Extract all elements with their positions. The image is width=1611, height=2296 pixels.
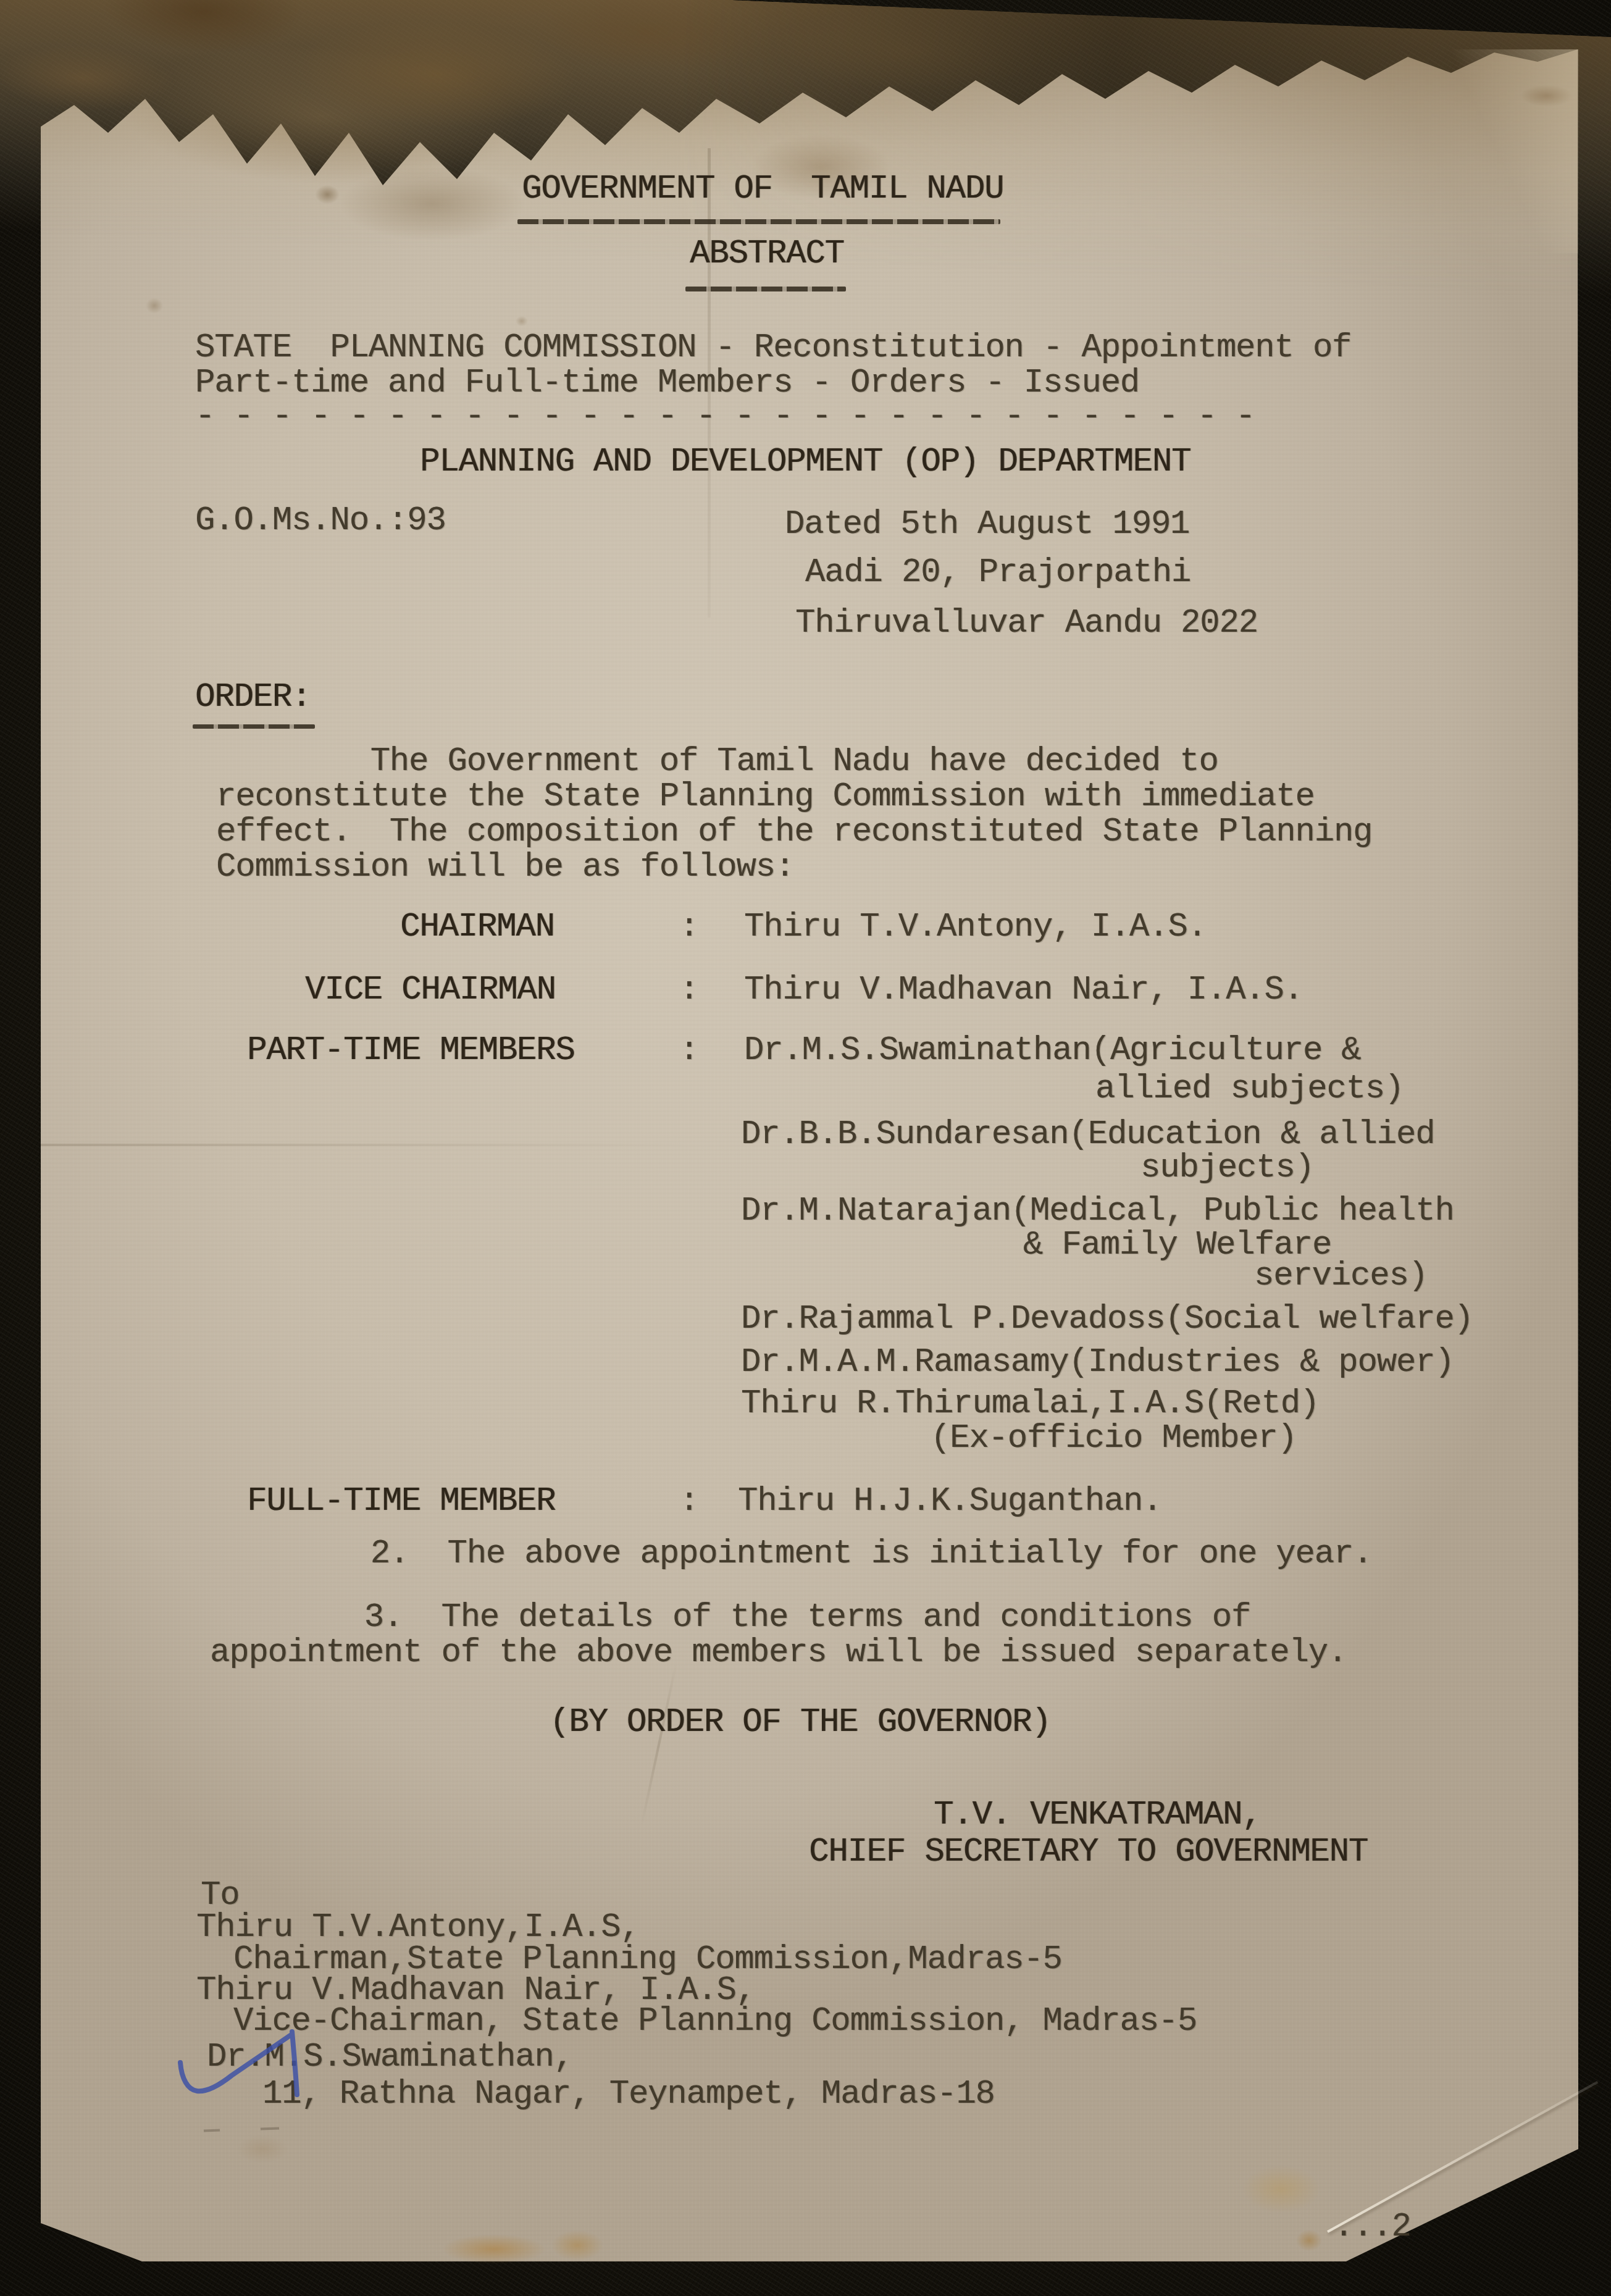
part-time-member-line: services) (1254, 1259, 1428, 1294)
row-chairman-label: CHAIRMAN (400, 910, 554, 945)
order-heading: ORDER: (195, 680, 311, 715)
part-time-member-line: allied subjects) (1095, 1071, 1404, 1107)
order-underline (193, 724, 315, 729)
department-line: PLANNING AND DEVELOPMENT (OP) DEPARTMENT (420, 445, 1190, 480)
page-title: GOVERNMENT OF TAMIL NADU (522, 172, 1003, 207)
go-number: G.O.Ms.No.:93 (195, 503, 446, 538)
page-number: ...2 (1334, 2210, 1411, 2245)
title-underline (517, 219, 1000, 224)
subject-rule: - - - - - - - - - - - - - - - - - - - - … (195, 399, 1255, 434)
pen-checkmark-annotation (168, 2021, 311, 2102)
addressee-line: Vice-Chairman, State Planning Commission… (233, 2004, 1197, 2039)
signatory-name: T.V. VENKATRAMAN, (934, 1798, 1262, 1833)
to-label: To (201, 1878, 239, 1913)
row-vice-chairman-label: VICE CHAIRMAN (305, 973, 556, 1008)
row-part-time-label: PART-TIME MEMBERS (247, 1033, 575, 1068)
signatory-title: CHIEF SECRETARY TO GOVERNMENT (809, 1835, 1368, 1870)
part-time-member-line: Dr.M.Natarajan(Medical, Public health (741, 1194, 1454, 1229)
abstract-heading: ABSTRACT (690, 237, 844, 272)
order-paragraph-2: 2. The above appointment is initially fo… (216, 1536, 1372, 1572)
date-line-3: Thiruvalluvar Aandu 2022 (795, 606, 1258, 641)
row-chairman-colon: : (679, 910, 698, 945)
row-chairman-value: Thiru T.V.Antony, I.A.S. (744, 910, 1207, 945)
part-time-member-line: Dr.M.A.M.Ramasamy(Industries & power) (741, 1345, 1454, 1380)
row-vice-chairman-value: Thiru V.Madhavan Nair, I.A.S. (744, 973, 1303, 1008)
part-time-member-line: Thiru R.Thirumalai,I.A.S(Retd) (741, 1386, 1319, 1422)
date-line-1: Dated 5th August 1991 (785, 507, 1189, 542)
by-order-line: (BY ORDER OF THE GOVERNOR) (550, 1705, 1050, 1740)
date-line-2: Aadi 20, Prajorpathi (805, 555, 1190, 590)
part-time-member-line: Dr.Rajammal P.Devadoss(Social welfare) (741, 1302, 1473, 1337)
order-paragraph-3: 3. The details of the terms and conditio… (210, 1600, 1347, 1670)
subject-text: STATE PLANNING COMMISSION - Reconstituti… (195, 330, 1351, 401)
row-full-time-value: Thiru H.J.K.Suganthan. (738, 1484, 1162, 1519)
addressee-line: Thiru T.V.Antony,I.A.S, (196, 1910, 640, 1945)
row-full-time-label: FULL-TIME MEMBER (247, 1484, 555, 1519)
part-time-member-line: Dr.B.B.Sundaresan(Education & allied (741, 1117, 1434, 1152)
part-time-member-line: (Ex-officio Member) (931, 1421, 1297, 1456)
row-vice-chairman-colon: : (679, 973, 698, 1008)
part-time-member-line: subjects) (1140, 1150, 1314, 1186)
scanned-document-page: GOVERNMENT OF TAMIL NADU ABSTRACT STATE … (0, 0, 1611, 2296)
row-full-time-colon: : (679, 1484, 698, 1519)
row-part-time-colon: : (679, 1033, 698, 1068)
order-paragraph-1: The Government of Tamil Nadu have decide… (216, 744, 1372, 885)
part-time-member-line: Dr.M.S.Swaminathan(Agriculture & (744, 1033, 1361, 1068)
addressee-line: 11, Rathna Nagar, Teynampet, Madras-18 (262, 2077, 995, 2112)
abstract-underline (685, 287, 846, 291)
